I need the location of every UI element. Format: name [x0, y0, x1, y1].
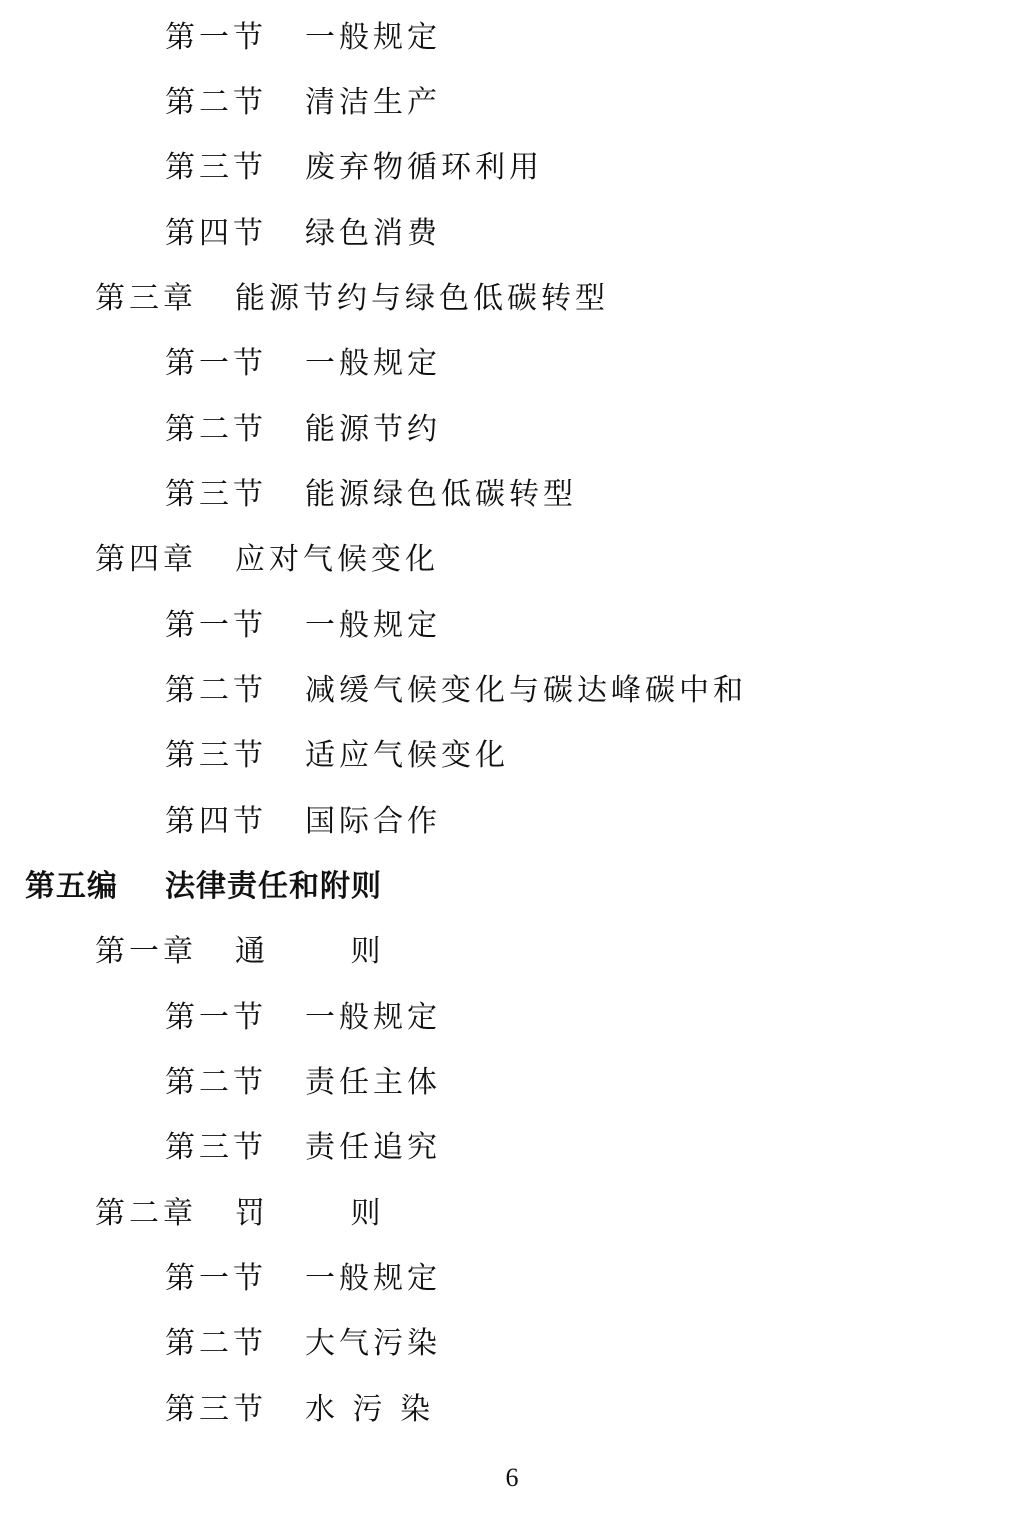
toc-section-title: 减缓气候变化与碳达峰碳中和: [305, 671, 747, 711]
toc-section-entry: 第一节一般规定: [0, 344, 441, 384]
toc-part-entry: 第五编法律责任和附则: [0, 867, 382, 907]
toc-section-number: 第二节: [165, 1063, 305, 1103]
toc-section-entry: 第一节一般规定: [0, 1259, 441, 1299]
toc-section-number: 第三节: [165, 1128, 305, 1168]
toc-section-title: 一般规定: [305, 344, 441, 384]
toc-chapter-title: 应对气候变化: [235, 540, 439, 580]
toc-section-entry: 第三节能源绿色低碳转型: [0, 475, 577, 515]
toc-section-entry: 第二节减缓气候变化与碳达峰碳中和: [0, 671, 747, 711]
toc-section-title: 绿色消费: [305, 214, 441, 254]
page-number: 6: [0, 1463, 1024, 1493]
toc-section-number: 第三节: [165, 475, 305, 515]
toc-section-entry: 第一节一般规定: [0, 18, 441, 58]
toc-section-title: 一般规定: [305, 18, 441, 58]
toc-section-entry: 第一节一般规定: [0, 998, 441, 1038]
toc-section-number: 第一节: [165, 18, 305, 58]
toc-section-title: 一般规定: [305, 1259, 441, 1299]
toc-section-title: 水 污 染: [305, 1390, 434, 1430]
toc-chapter-number: 第二章: [95, 1194, 235, 1234]
toc-chapter-title: 能源节约与绿色低碳转型: [235, 279, 609, 319]
toc-section-entry: 第二节清洁生产: [0, 83, 441, 123]
toc-section-number: 第一节: [165, 606, 305, 646]
toc-section-entry: 第三节水 污 染: [0, 1390, 434, 1430]
toc-section-number: 第一节: [165, 998, 305, 1038]
toc-section-number: 第二节: [165, 410, 305, 450]
toc-part-title: 法律责任和附则: [165, 867, 382, 907]
toc-chapter-entry: 第三章能源节约与绿色低碳转型: [0, 279, 609, 319]
toc-section-entry: 第二节责任主体: [0, 1063, 441, 1103]
toc-section-number: 第四节: [165, 802, 305, 842]
toc-chapter-title: 罚 则: [235, 1194, 385, 1234]
toc-section-number: 第四节: [165, 214, 305, 254]
toc-section-title: 国际合作: [305, 802, 441, 842]
toc-chapter-number: 第四章: [95, 540, 235, 580]
toc-section-title: 责任追究: [305, 1128, 441, 1168]
toc-chapter-number: 第一章: [95, 932, 235, 972]
toc-section-number: 第二节: [165, 1324, 305, 1364]
toc-section-number: 第三节: [165, 736, 305, 776]
toc-part-number: 第五编: [25, 867, 165, 907]
toc-section-number: 第二节: [165, 83, 305, 123]
toc-section-number: 第一节: [165, 1259, 305, 1299]
toc-section-entry: 第四节绿色消费: [0, 214, 441, 254]
toc-section-number: 第三节: [165, 148, 305, 188]
toc-section-entry: 第一节一般规定: [0, 606, 441, 646]
toc-section-entry: 第二节能源节约: [0, 410, 441, 450]
toc-section-title: 能源绿色低碳转型: [305, 475, 577, 515]
toc-section-number: 第三节: [165, 1390, 305, 1430]
toc-section-entry: 第四节国际合作: [0, 802, 441, 842]
toc-section-entry: 第三节废弃物循环利用: [0, 148, 543, 188]
toc-section-title: 一般规定: [305, 998, 441, 1038]
toc-section-entry: 第二节大气污染: [0, 1324, 441, 1364]
toc-section-title: 废弃物循环利用: [305, 148, 543, 188]
toc-chapter-entry: 第二章罚 则: [0, 1194, 385, 1234]
toc-section-title: 责任主体: [305, 1063, 441, 1103]
toc-section-entry: 第三节适应气候变化: [0, 736, 509, 776]
toc-section-title: 大气污染: [305, 1324, 441, 1364]
toc-chapter-entry: 第四章应对气候变化: [0, 540, 439, 580]
toc-section-title: 一般规定: [305, 606, 441, 646]
toc-section-number: 第一节: [165, 344, 305, 384]
toc-section-title: 适应气候变化: [305, 736, 509, 776]
toc-section-title: 能源节约: [305, 410, 441, 450]
toc-chapter-entry: 第一章通 则: [0, 932, 385, 972]
toc-section-number: 第二节: [165, 671, 305, 711]
toc-section-title: 清洁生产: [305, 83, 441, 123]
toc-chapter-title: 通 则: [235, 932, 385, 972]
toc-chapter-number: 第三章: [95, 279, 235, 319]
toc-section-entry: 第三节责任追究: [0, 1128, 441, 1168]
